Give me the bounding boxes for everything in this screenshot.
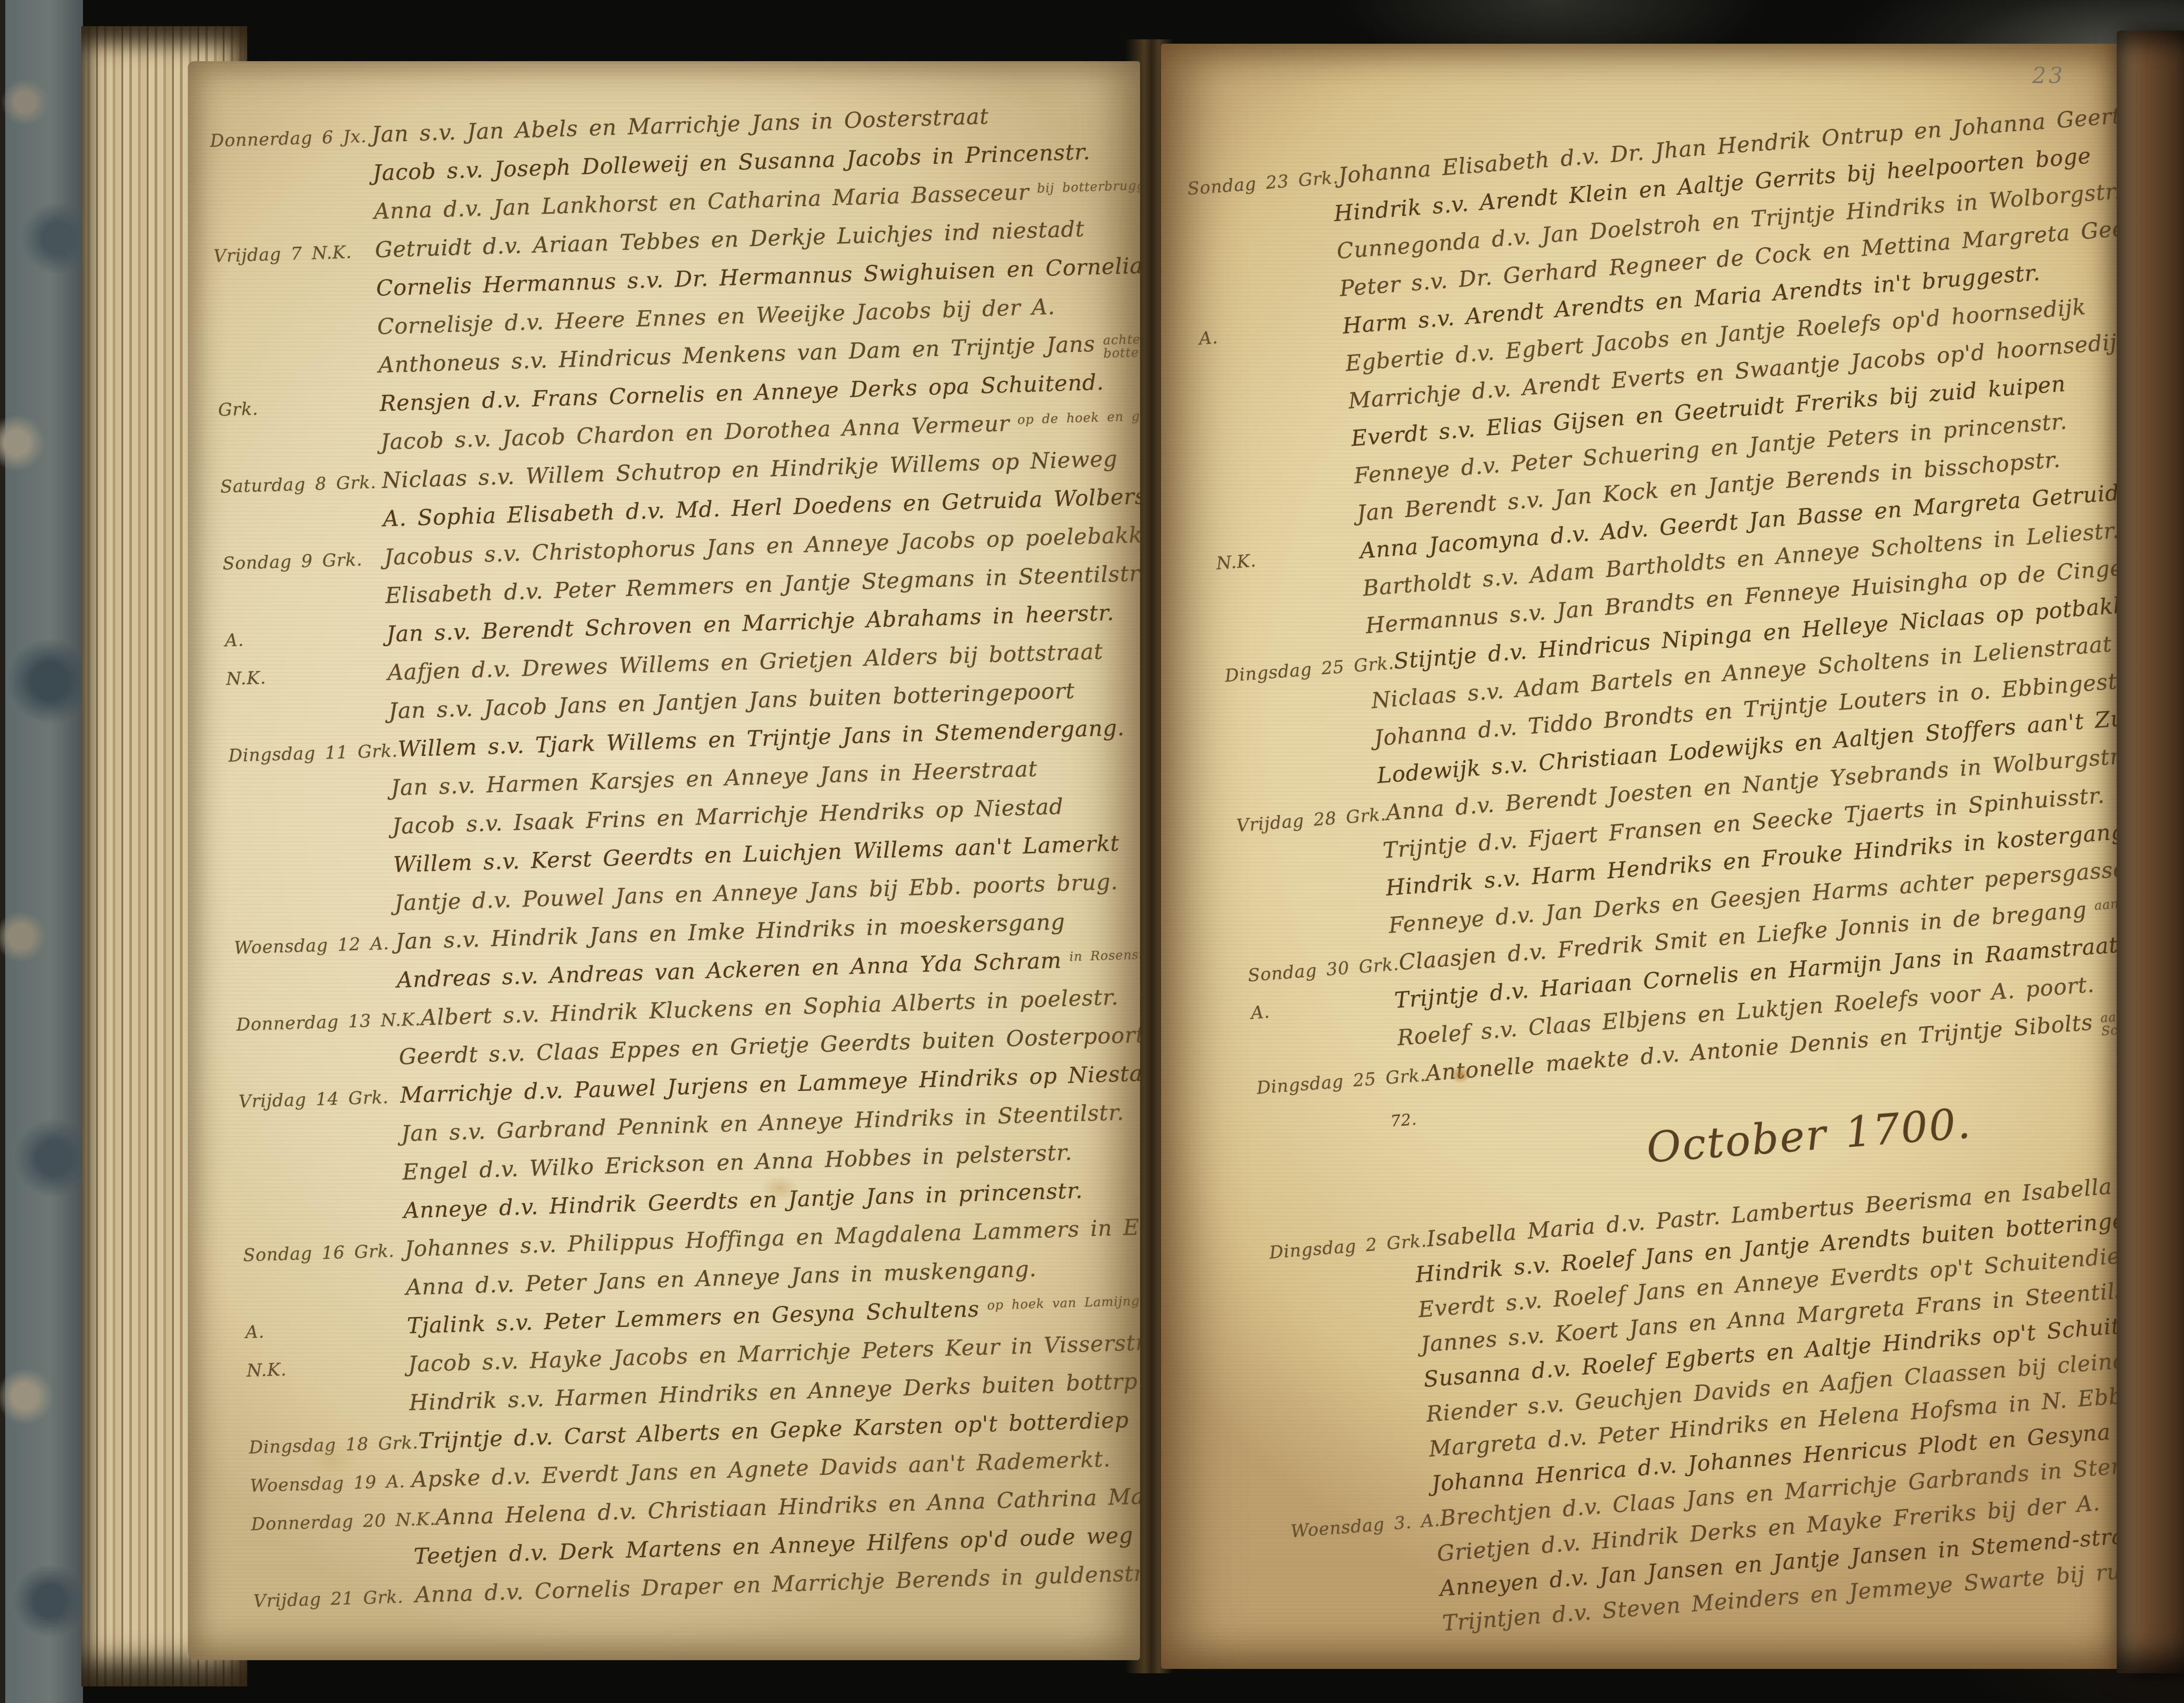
entry-date-label <box>1296 1596 1440 1607</box>
entry-date-label <box>1272 1282 1416 1293</box>
page-number: 23 <box>2032 63 2065 88</box>
entry-date-label: Donnerdag 20 N.K. <box>251 1509 436 1535</box>
entry-date-label: Saturdag 8 Grk. <box>220 472 382 497</box>
entry-date-label: Grk. <box>218 395 380 420</box>
entry-date-label <box>1280 1387 1424 1398</box>
entry-date-label: A. <box>225 626 387 651</box>
entry-date-label <box>228 718 389 723</box>
entry-date-label <box>245 1295 406 1300</box>
entry-date-label <box>217 373 379 377</box>
september-entries: Sondag 23 Grk. Johanna Elisabeth d.v. Dr… <box>1186 93 2131 1111</box>
entry-date-label <box>242 1218 404 1223</box>
entry-date-label: A. <box>1198 318 1344 349</box>
entry-date-label <box>215 296 377 301</box>
entry-date-label <box>1211 484 1355 495</box>
entry-date-label <box>1214 521 1358 532</box>
entry-date-label <box>1223 633 1366 644</box>
book-board-edge <box>2117 31 2184 1673</box>
entry-date-label: Vrijdag 7 N.K. <box>213 242 375 267</box>
entry-date-label <box>1231 746 1375 757</box>
entry-date-label <box>1289 1492 1432 1502</box>
entry-sidenote: in Rosenstr. <box>1069 945 1140 963</box>
entry-date-label <box>1299 1631 1443 1642</box>
entry-date-label <box>1191 221 1334 232</box>
entry-date-label <box>219 450 381 454</box>
entry-sidenote: achter in muder bij botterstr. <box>1103 326 1140 360</box>
right-page-entries: Sondag 23 Grk. Johanna Elisabeth d.v. Dr… <box>1186 93 2131 1657</box>
entry-date-label <box>248 1410 410 1415</box>
right-page: 23 Sondag 23 Grk. Johanna Elisabeth d.v.… <box>1161 44 2131 1669</box>
entry-date-label: Sondag 9 Grk. <box>222 549 384 574</box>
entry-date-label <box>1205 408 1349 419</box>
entry-date-label <box>1283 1422 1427 1433</box>
entry-date-label <box>252 1564 414 1569</box>
entry-date-label <box>1243 896 1386 907</box>
entry-sidenote: bij botterbrugge <box>1037 176 1140 195</box>
entry-date-label <box>221 526 383 531</box>
entry-date-label: Sondag 16 Grk. <box>243 1241 405 1266</box>
entry-date-label <box>238 1064 399 1069</box>
entry-date-label <box>1194 259 1337 270</box>
entry-date-label <box>233 910 395 915</box>
entry-date-label <box>1275 1317 1419 1328</box>
october-entry-list: Dingsdag 2 Grk. Isabella Maria d.v. Past… <box>1268 1156 2131 1657</box>
entry-date-label: A. <box>1250 992 1396 1023</box>
october-entries: Dingsdag 2 Grk. Isabella Maria d.v. Past… <box>1268 1156 2131 1657</box>
entry-date-label <box>241 1180 403 1184</box>
entry-date-label <box>1234 783 1378 794</box>
entry-date-label <box>1245 933 1389 944</box>
entry-date-label <box>232 872 394 877</box>
entry-date-label: Donnerdag 13 N.K. <box>236 1010 421 1035</box>
entry-date-label <box>1294 1561 1438 1572</box>
entry-date-label <box>224 603 386 608</box>
entry-date-label: Woensdag 19 A. <box>250 1471 412 1496</box>
entry-date-label: Vrijdag 21 Grk. <box>253 1587 415 1612</box>
entry-text: Jan s.v. Jan Abels en Marrichje Jans in … <box>371 104 989 147</box>
entry-date-label <box>235 987 397 992</box>
entry-date-label: Dingsdag 2 Grk. <box>1268 1231 1427 1263</box>
entry-date-label <box>230 795 391 800</box>
entry-date-label <box>211 180 373 185</box>
entry-date-label: A. <box>245 1318 407 1343</box>
entry-date-label <box>1196 296 1340 307</box>
entry-date-label <box>1254 1045 1398 1056</box>
entry-date-label <box>240 1141 401 1146</box>
left-page-entries: Donnerdag 6 Jx. Jan s.v. Jan Abels en Ma… <box>210 96 1140 1626</box>
entry-date-label: Vrijdag 14 Grk. <box>238 1087 401 1112</box>
entry-date-label: Dingsdag 18 Grk. <box>249 1433 418 1457</box>
entry-date-label: Sondag 23 Grk. <box>1187 167 1339 199</box>
entry-date-label <box>1286 1457 1430 1468</box>
left-page: Donnerdag 6 Jx. Jan s.v. Jan Abels en Ma… <box>188 61 1140 1660</box>
marbled-cover-edge <box>0 0 83 1703</box>
entry-date-label <box>213 219 374 224</box>
entry-date-label: Donnerdag 6 Jx. <box>210 126 372 151</box>
entry-date-label <box>231 834 392 838</box>
entry-date-label <box>1228 708 1372 719</box>
entry-date-label <box>1208 446 1352 457</box>
entry-date-label: N.K. <box>1216 543 1361 574</box>
entry-date-label <box>1240 858 1383 869</box>
entry-date-label <box>1220 596 1363 607</box>
entry-date-label: Dingsdag 11 Grk. <box>228 741 398 766</box>
entry-date-label <box>1278 1352 1421 1363</box>
entry-date-label: Woensdag 12 A. <box>234 933 396 958</box>
entry-date-label <box>1203 371 1346 382</box>
entry-date-label: N.K. <box>246 1356 408 1381</box>
entry-date-label: N.K. <box>226 664 388 689</box>
manuscript-scan: Donnerdag 6 Jx. Jan s.v. Jan Abels en Ma… <box>0 0 2184 1703</box>
entry-date-label <box>216 334 377 339</box>
